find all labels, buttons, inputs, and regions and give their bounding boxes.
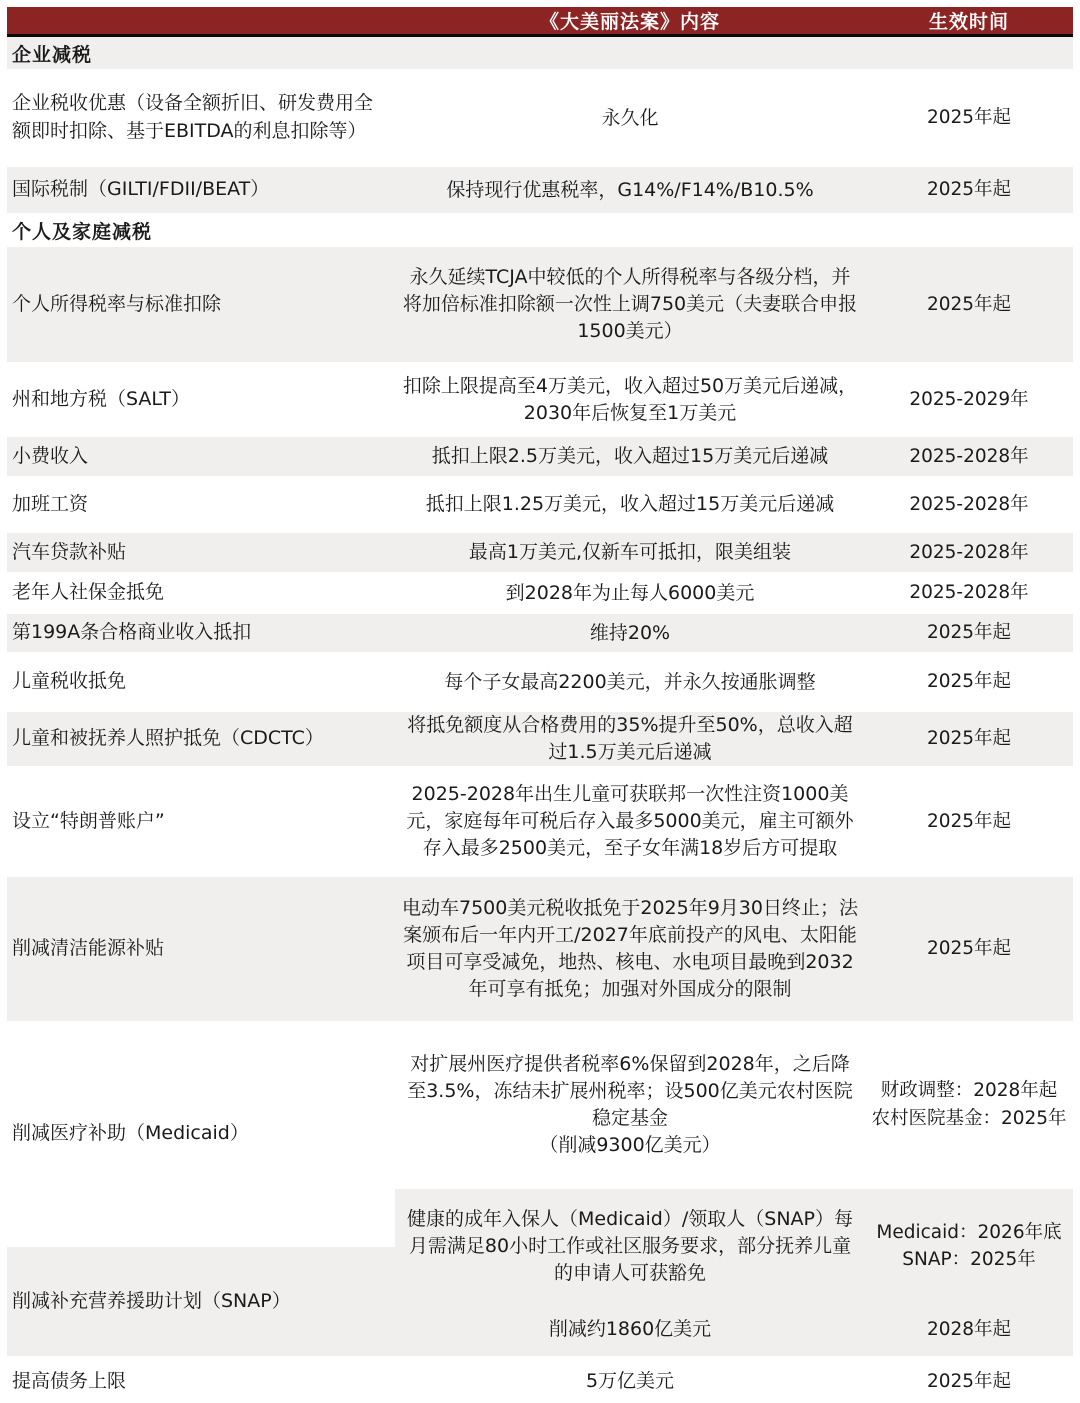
row-content: 抵扣上限1.25万美元，收入超过15万美元后递减 (395, 476, 865, 533)
row-label: 汽车贷款补贴 (7, 533, 395, 572)
row-time: 2025年起 (865, 712, 1073, 766)
medicaid-row-content: 对扩展州医疗提供者税率6%保留到2028年，之后降至3.5%，冻结未扩展州税率；… (395, 1021, 865, 1189)
snap-row-content-2: 削减约1860亿美元 (395, 1304, 865, 1356)
row-time-text: 2025年起 (927, 619, 1011, 647)
row-content: 将抵免额度从合格费用的35%提升至50%，总收入超过1.5万美元后递减 (395, 712, 865, 766)
row-label-text: 汽车贷款补贴 (12, 539, 126, 567)
row-label-text: 小费收入 (12, 443, 88, 471)
row-time: 2025-2028年 (865, 533, 1073, 572)
row-label: 企业税收优惠（设备全额折旧、研发费用全额即时扣除、基于EBITDA的利息扣除等） (7, 69, 395, 167)
row-time: 2025年起 (865, 247, 1073, 362)
row-label: 州和地方税（SALT） (7, 362, 395, 437)
row-label: 个人所得税率与标准扣除 (7, 247, 395, 362)
header-col-empty (7, 7, 395, 34)
row-content: 永久延续TCJA中较低的个人所得税率与各级分档，并将加倍标准扣除额一次性上调75… (395, 247, 865, 362)
table-row: 老年人社保金抵免 到2028年为止每人6000美元 2025-2028年 (7, 572, 1073, 614)
row-time-text: Medicaid：2026年底 SNAP：2025年 (876, 1219, 1061, 1275)
row-content: 2025-2028年出生儿童可获联邦一次性注资1000美元，家庭每年可税后存入最… (395, 766, 865, 877)
row-time-text: 2025年起 (927, 176, 1011, 204)
row-content: 每个子女最高2200美元，并永久按通胀调整 (395, 652, 865, 712)
section-header: 个人及家庭减税 (7, 213, 1073, 247)
row-content-text: 抵扣上限2.5万美元，收入超过15万美元后递减 (432, 443, 828, 470)
snap-row-label: 削减补充营养援助计划（SNAP） (7, 1247, 395, 1356)
row-label-text: 老年人社保金抵免 (12, 579, 164, 607)
row-content-text: 5万亿美元 (586, 1368, 674, 1395)
table-row: 第199A条合格商业收入抵扣 维持20% 2025年起 (7, 614, 1073, 652)
table-row: 加班工资 抵扣上限1.25万美元，收入超过15万美元后递减 2025-2028年 (7, 476, 1073, 533)
row-time: 2025年起 (865, 167, 1073, 213)
row-time: 2025-2029年 (865, 362, 1073, 437)
row-label-text: 个人所得税率与标准扣除 (12, 291, 221, 319)
row-label: 儿童税收抵免 (7, 652, 395, 712)
snap-row-content-1: 健康的成年入保人（Medicaid）/领取人（SNAP）每月需满足80小时工作或… (395, 1189, 865, 1304)
row-content: 最高1万美元,仅新车可抵扣，限美组装 (395, 533, 865, 572)
row-label-text: 设立“特朗普账户” (12, 808, 165, 836)
row-content: 保持现行优惠税率，G14%/F14%/B10.5% (395, 167, 865, 213)
row-content: 抵扣上限2.5万美元，收入超过15万美元后递减 (395, 437, 865, 476)
row-content-text: 最高1万美元,仅新车可抵扣，限美组装 (469, 539, 791, 566)
row-content-text: 永久延续TCJA中较低的个人所得税率与各级分档，并将加倍标准扣除额一次性上调75… (402, 264, 858, 345)
row-time-text: 2025年起 (927, 104, 1011, 132)
row-content-text: 维持20% (590, 620, 670, 647)
row-time-text: 2025-2028年 (909, 539, 1028, 567)
row-time-text: 2025-2028年 (909, 443, 1028, 471)
row-label-text: 削减医疗补助（Medicaid） (12, 1120, 249, 1148)
section-header: 企业减税 (7, 37, 1073, 69)
row-label: 加班工资 (7, 476, 395, 533)
row-label-text: 削减补充营养援助计划（SNAP） (12, 1288, 291, 1316)
row-label: 第199A条合格商业收入抵扣 (7, 614, 395, 652)
row-time: 2025年起 (865, 614, 1073, 652)
row-label-text: 企业税收优惠（设备全额折旧、研发费用全额即时扣除、基于EBITDA的利息扣除等） (12, 90, 389, 145)
table-row: 企业税收优惠（设备全额折旧、研发费用全额即时扣除、基于EBITDA的利息扣除等）… (7, 69, 1073, 167)
medicaid-snap-block: 削减医疗补助（Medicaid） 对扩展州医疗提供者税率6%保留到2028年，之… (7, 1021, 1073, 1356)
medicaid-row-time: 财政调整：2028年起 农村医院基金：2025年 (865, 1021, 1073, 1189)
section-row-corporate-tax: 企业减税 (7, 37, 1073, 69)
table-row: 削减清洁能源补贴 电动车7500美元税收抵免于2025年9月30日终止；法案颁布… (7, 877, 1073, 1021)
table-row: 个人所得税率与标准扣除 永久延续TCJA中较低的个人所得税率与各级分档，并将加倍… (7, 247, 1073, 362)
row-content-text: 扣除上限提高至4万美元，收入超过50万美元后递减，2030年后恢复至1万美元 (402, 373, 858, 427)
table-row: 小费收入 抵扣上限2.5万美元，收入超过15万美元后递减 2025-2028年 (7, 437, 1073, 476)
row-time-text: 2025-2029年 (909, 386, 1028, 414)
row-content: 扣除上限提高至4万美元，收入超过50万美元后递减，2030年后恢复至1万美元 (395, 362, 865, 437)
header-col-content: 《大美丽法案》内容 (395, 7, 865, 34)
row-time-text: 2025年起 (927, 291, 1011, 319)
row-label-text: 第199A条合格商业收入抵扣 (12, 619, 251, 647)
row-time-text: 2025-2028年 (909, 491, 1028, 519)
row-content: 维持20% (395, 614, 865, 652)
row-label: 老年人社保金抵免 (7, 572, 395, 614)
row-label-text: 州和地方税（SALT） (12, 386, 190, 414)
table-row: 州和地方税（SALT） 扣除上限提高至4万美元，收入超过50万美元后递减，203… (7, 362, 1073, 437)
row-label: 国际税制（GILTI/FDII/BEAT） (7, 167, 395, 213)
row-content-text: 将抵免额度从合格费用的35%提升至50%，总收入超过1.5万美元后递减 (402, 712, 858, 766)
row-time: 2025-2028年 (865, 437, 1073, 476)
row-label-text: 国际税制（GILTI/FDII/BEAT） (12, 176, 269, 204)
row-content-text: 对扩展州医疗提供者税率6%保留到2028年，之后降至3.5%，冻结未扩展州税率；… (402, 1051, 858, 1159)
table-row: 儿童税收抵免 每个子女最高2200美元，并永久按通胀调整 2025年起 (7, 652, 1073, 712)
row-content-text: 2025-2028年出生儿童可获联邦一次性注资1000美元，家庭每年可税后存入最… (402, 781, 858, 862)
row-content-text: 每个子女最高2200美元，并永久按通胀调整 (444, 669, 815, 696)
row-content-text: 保持现行优惠税率，G14%/F14%/B10.5% (446, 177, 813, 204)
row-content-text: 抵扣上限1.25万美元，收入超过15万美元后递减 (426, 491, 834, 518)
row-time: 2025年起 (865, 877, 1073, 1021)
row-label-text: 儿童税收抵免 (12, 668, 126, 696)
row-time-text: 2028年起 (927, 1316, 1011, 1344)
row-content: 到2028年为止每人6000美元 (395, 572, 865, 614)
row-label-text: 削减清洁能源补贴 (12, 935, 164, 963)
row-time-text: 2025年起 (927, 668, 1011, 696)
row-time-text: 2025年起 (927, 935, 1011, 963)
snap-row-time-1: Medicaid：2026年底 SNAP：2025年 (865, 1189, 1073, 1304)
row-label: 小费收入 (7, 437, 395, 476)
header-col-time: 生效时间 (865, 7, 1073, 34)
row-content: 电动车7500美元税收抵免于2025年9月30日终止；法案颁布后一年内开工/20… (395, 877, 865, 1021)
table-row: 设立“特朗普账户” 2025-2028年出生儿童可获联邦一次性注资1000美元，… (7, 766, 1073, 877)
row-time-text: 2025年起 (927, 808, 1011, 836)
row-time: 2025年起 (865, 69, 1073, 167)
row-label: 儿童和被抚养人照护抵免（CDCTC） (7, 712, 395, 766)
row-time-text: 2025年起 (927, 1368, 1011, 1396)
row-label: 提高债务上限 (7, 1356, 395, 1403)
row-time-text: 2025-2028年 (909, 579, 1028, 607)
table-row: 汽车贷款补贴 最高1万美元,仅新车可抵扣，限美组装 2025-2028年 (7, 533, 1073, 572)
row-content-text: 永久化 (601, 105, 658, 132)
row-content-text: 电动车7500美元税收抵免于2025年9月30日终止；法案颁布后一年内开工/20… (402, 895, 858, 1003)
tax-bill-table: 《大美丽法案》内容 生效时间 企业减税 企业税收优惠（设备全额折旧、研发费用全额… (0, 0, 1080, 1403)
medicaid-row-label: 削减医疗补助（Medicaid） (7, 1021, 395, 1247)
row-content-text: 健康的成年入保人（Medicaid）/领取人（SNAP）每月需满足80小时工作或… (402, 1206, 858, 1287)
table-header: 《大美丽法案》内容 生效时间 (7, 7, 1073, 37)
row-label-text: 提高债务上限 (12, 1368, 126, 1396)
row-time: 2025年起 (865, 1356, 1073, 1403)
row-time: 2025年起 (865, 766, 1073, 877)
row-time-text: 2025年起 (927, 725, 1011, 753)
row-time: 2025-2028年 (865, 476, 1073, 533)
row-time: 2025-2028年 (865, 572, 1073, 614)
row-label: 设立“特朗普账户” (7, 766, 395, 877)
row-content: 5万亿美元 (395, 1356, 865, 1403)
table-row: 提高债务上限 5万亿美元 2025年起 (7, 1356, 1073, 1403)
table-row: 儿童和被抚养人照护抵免（CDCTC） 将抵免额度从合格费用的35%提升至50%，… (7, 712, 1073, 766)
section-row-individual-tax: 个人及家庭减税 (7, 213, 1073, 247)
row-content-text: 削减约1860亿美元 (549, 1316, 711, 1343)
row-time-text: 财政调整：2028年起 农村医院基金：2025年 (871, 1077, 1066, 1133)
row-label: 削减清洁能源补贴 (7, 877, 395, 1021)
row-label-text: 儿童和被抚养人照护抵免（CDCTC） (12, 725, 324, 753)
row-content-text: 到2028年为止每人6000美元 (506, 580, 755, 607)
table-row: 国际税制（GILTI/FDII/BEAT） 保持现行优惠税率，G14%/F14%… (7, 167, 1073, 213)
row-content: 永久化 (395, 69, 865, 167)
snap-row-time-2: 2028年起 (865, 1304, 1073, 1356)
row-label-text: 加班工资 (12, 491, 88, 519)
row-time: 2025年起 (865, 652, 1073, 712)
